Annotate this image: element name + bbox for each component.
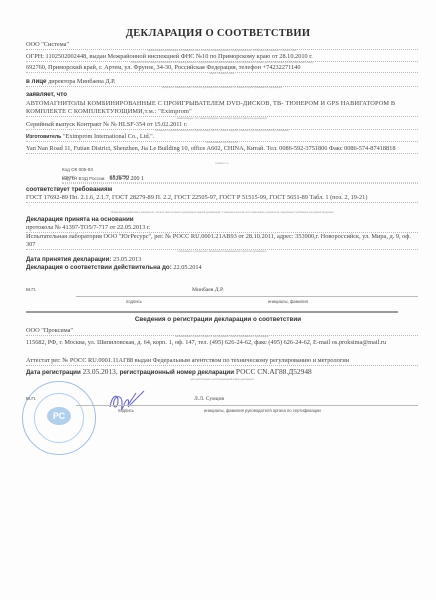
signature-line-2 — [76, 405, 208, 406]
conforms-label: соответствует требованиям — [26, 186, 112, 193]
registration-date-number: Дата регистрации 23.05.2013, регистрацио… — [26, 367, 418, 378]
valid-until: Декларация о соответствии действительна … — [26, 264, 418, 272]
conforms-heading: соответствует требованиям — [26, 186, 418, 194]
code-tnved: Код ТН ВЭД России: 8528 72 200 1 — [62, 175, 418, 184]
standards-list: ГОСТ 17692-89 Пп. 2.1.6, 2.1.7, ГОСТ 282… — [26, 194, 418, 203]
certifier-signature-block: М.П. подпись Л.Л. Сумцов инициалы, фамил… — [26, 395, 418, 407]
registration-number-label: регистрационный номер декларации — [120, 369, 234, 376]
registration-attestat: Аттестат рег. № РОСС RU.0001.11АГ88 выда… — [26, 357, 418, 366]
certifier-name: Л.Л. Сумцов — [194, 396, 224, 402]
product-name: АВТОМАГНИТОЛЫ КОМБИНИРОВАННЫЕ С ПРОИГРЫВ… — [26, 100, 418, 117]
basis-protocol: протокола № 41397-ТО5/7-717 от 22.05.201… — [26, 224, 418, 233]
represented-label: в лице — [26, 78, 47, 85]
valid-until-value: 22.05.2014 — [173, 264, 201, 271]
certifier-name-caption: инициалы, фамилия руководителя органа по… — [204, 408, 321, 413]
accepted-date-value: 23.05.2013 — [113, 256, 141, 263]
declaration-page: ДЕКЛАРАЦИЯ О СООТВЕТСТВИИ ООО "Система" … — [0, 0, 436, 600]
manufacturer-value: "Eximprom International Co., Ltd.". — [63, 133, 154, 140]
certification-stamp: РС — [22, 381, 96, 455]
manufacturer-address-caption: страна и т.п. — [26, 162, 418, 165]
represented-value: директора Минбаева Д.Р. — [48, 78, 115, 85]
manufacturer-label: Изготовитель — [26, 134, 61, 140]
registration-section-title: Сведения о регистрации декларации о соот… — [0, 316, 436, 323]
manufacturer-caption: наименование изготовителя — [26, 141, 418, 144]
basis-label: Декларация принята на основании — [26, 216, 134, 223]
applicant-name-caption: наименование организации или фамилия, им… — [26, 49, 418, 52]
code-tnved-label: Код ТН ВЭД России: — [62, 175, 108, 183]
applicant-address-caption: адрес, телефон, факс — [26, 72, 418, 75]
product-name-caption: наименование, тип, марка продукции, на к… — [26, 117, 418, 120]
applicant-signature-block: М.П. подпись Минбаев Д.Р. инициалы, фами… — [26, 286, 418, 298]
signature-caption: подпись — [126, 299, 142, 304]
name-caption: инициалы, фамилия — [268, 299, 308, 304]
valid-until-label: Декларация о соответствии действительна … — [26, 264, 172, 271]
signature-line — [76, 296, 208, 297]
accepted-date: Дата принятия декларации: 23.05.2013 — [26, 256, 418, 264]
document-title: ДЕКЛАРАЦИЯ О СООТВЕТСТВИИ — [0, 28, 436, 39]
represented-caption: должность, фамилия, имя, отчество руково… — [26, 86, 418, 89]
seal-place-label: М.П. — [26, 288, 36, 293]
basis-caption: информация о документах, являющихся осно… — [26, 250, 418, 253]
name-line — [192, 296, 418, 297]
registration-body-caption: наименование и адрес органа по сертифика… — [26, 335, 418, 338]
registration-number-value: РОСС CN.АГ88.Д52948 — [236, 367, 312, 376]
declares-heading: заявляет, что — [26, 91, 418, 99]
section-divider — [26, 311, 398, 313]
basis-heading: Декларация принята на основании — [26, 216, 418, 224]
product-serial-caption: сведения о серийном выпуске или партии (… — [26, 129, 418, 132]
basis-lab: Испытательная лаборатория ООО "ЮгРесурс"… — [26, 233, 418, 250]
accepted-date-label: Дата принятия декларации: — [26, 256, 111, 263]
registration-date-caption: дата регистрации и регистрационный номер… — [26, 378, 418, 381]
code-tnved-value: 8528 72 200 1 — [110, 176, 145, 182]
standards-caption: обозначение нормативных документов, соот… — [26, 211, 418, 214]
name-line-2 — [192, 405, 418, 406]
seal-place-label-2: М.П. — [26, 397, 36, 402]
stamp-logo-icon: РС — [47, 407, 71, 425]
registration-date-label: Дата регистрации — [26, 369, 81, 376]
declares-label: заявляет, что — [26, 91, 67, 98]
registration-body-address: 115682, РФ, г. Москва, ул. Шипиловская, … — [26, 339, 418, 347]
registration-date-value: 23.05.2013, — [83, 367, 118, 376]
signer-name: Минбаев Д.Р. — [192, 287, 224, 293]
manufacturer-address: Yan Nan Road 11, Futian District, Shenzh… — [26, 145, 418, 154]
signature-caption-2: подпись — [118, 408, 134, 413]
